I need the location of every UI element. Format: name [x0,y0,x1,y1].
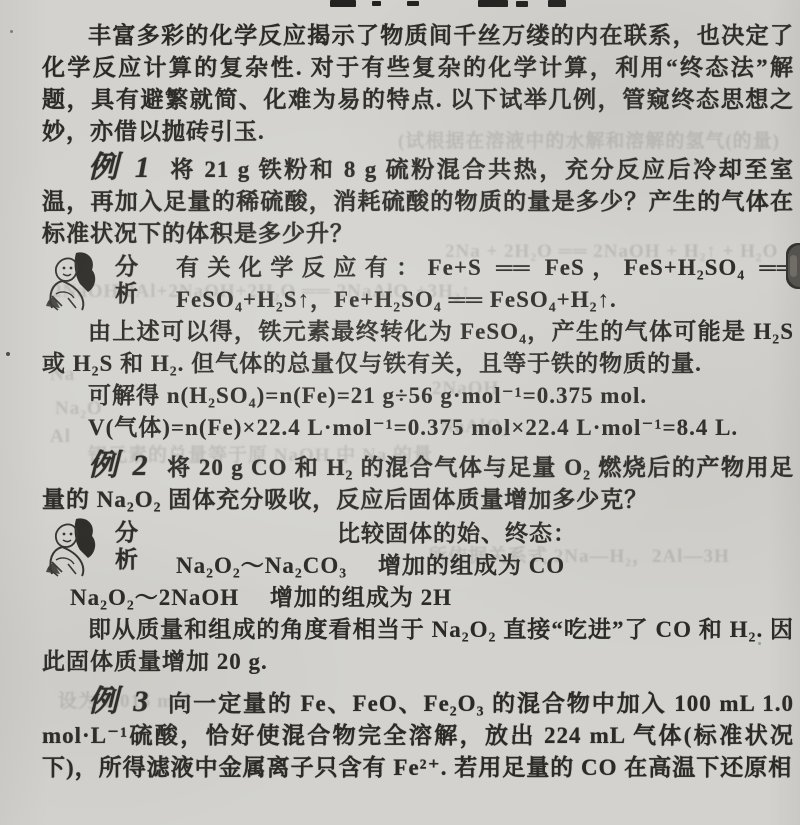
scholar-sketch-icon [42,250,108,312]
scholar-sketch-icon [42,516,108,578]
heading-fragment [548,0,566,7]
example2-analysis-row: 分析 比较固体的始、终态： Na₂O₂～Na₂CO₃ 增加的组成为 CO [42,518,794,582]
example1-analysis-row: 分析 有关化学反应有：Fe+S ══ FeS，FeS+H₂SO₄ ══ FeSO… [42,252,794,316]
ink-speck [6,352,10,356]
ink-speck [758,642,761,645]
example3-problem-text: 向一定量的 Fe、FeO、Fe₂O₃ 的混合物中加入 100 mL 1.0 mo… [42,691,794,780]
intro-paragraph: 丰富多彩的化学反应揭示了物质间千丝万缕的内在联系，也决定了化学反应计算的复杂性.… [42,20,794,148]
example1-marker: 例 1 [88,151,153,184]
analysis-label: 分析 [111,520,137,574]
example1-solution-step3: V(气体)=n(Fe)×22.4 L·mol⁻¹=0.375 mol×22.4 … [42,412,794,444]
example1-solution-step2: 可解得 n(H₂SO₄)=n(Fe)=21 g÷56 g·mol⁻¹=0.375… [42,380,794,412]
example3-marker: 例 3 [88,685,151,718]
analysis-badge: 分析 [42,516,176,578]
example1-solution-step1: 由上述可以得，铁元素最终转化为 FeSO₄，产生的气体可能是 H₂S 或 H₂S… [42,316,794,380]
analysis-label: 分析 [111,254,137,308]
example2-marker: 例 2 [88,449,151,482]
ink-speck [10,30,13,33]
analysis-badge: 分析 [42,250,176,312]
example2-problem: 例 2将 20 g CO 和 H₂ 的混合气体与足量 O₂ 燃烧后的产物用足量的… [42,450,794,516]
scanned-page-background: { "page": { "background_color": "#d3d2ce… [0,0,800,825]
heading-fragment [330,0,356,7]
ink-speck [694,162,697,165]
heading-fragment [372,1,381,6]
example2-analysis-line1: 比较固体的始、终态： [176,518,794,550]
example3-problem: 例 3向一定量的 Fe、FeO、Fe₂O₃ 的混合物中加入 100 mL 1.0… [42,686,794,784]
heading-fragment [478,0,508,7]
example1-problem: 例 1将 21 g 铁粉和 8 g 硫粉混合共热，充分反应后冷却至室温，再加入足… [42,152,794,250]
example1-problem-text: 将 21 g 铁粉和 8 g 硫粉混合共热，充分反应后冷却至室温，再加入足量的稀… [42,157,794,246]
example2-analysis-line3: Na₂O₂～2NaOH 增加的组成为 2H [70,582,794,614]
heading-fragment [516,1,528,7]
example2-problem-text: 将 20 g CO 和 H₂ 的混合气体与足量 O₂ 燃烧后的产物用足量的 Na… [42,455,794,512]
example1-analysis-equations: 有关化学反应有：Fe+S ══ FeS，FeS+H₂SO₄ ══ FeSO₄+H… [176,252,794,316]
example2-conclusion: 即从质量和组成的角度看相当于 Na₂O₂ 直接“吃进”了 CO 和 H₂. 因此… [42,614,794,678]
scanned-textbook-page: 丰富多彩的化学反应揭示了物质间千丝万缕的内在联系，也决定了化学反应计算的复杂性.… [0,0,800,825]
heading-fragment [407,1,419,6]
example2-analysis-line2: Na₂O₂～Na₂CO₃ 增加的组成为 CO [176,550,794,582]
example2-analysis-text: 比较固体的始、终态： Na₂O₂～Na₂CO₃ 增加的组成为 CO [176,518,794,582]
page-edge-tab [786,243,800,289]
